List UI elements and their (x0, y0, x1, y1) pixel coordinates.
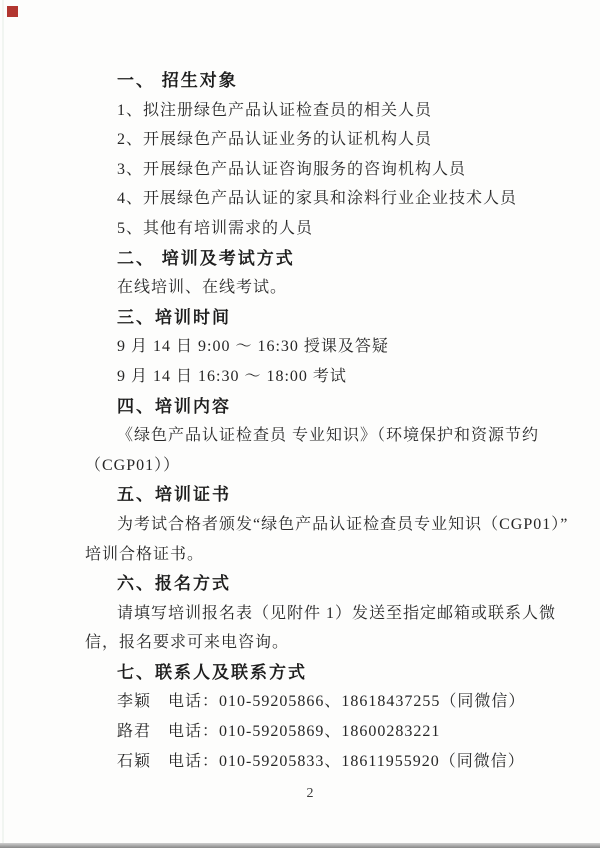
page-number: 2 (0, 786, 600, 802)
paragraph-line: 《绿色产品认证检查员 专业知识》（环境保护和资源节约 (85, 421, 560, 451)
paragraph-line: 9 月 14 日 16:30 ～ 18:00 考试 (85, 362, 560, 392)
list-item: 3、开展绿色产品认证咨询服务的咨询机构人员 (85, 155, 560, 185)
scan-edge-bottom (0, 843, 600, 848)
list-item: 4、开展绿色产品认证的家具和涂料行业企业技术人员 (85, 184, 560, 214)
list-item: 1、拟注册绿色产品认证检查员的相关人员 (85, 96, 560, 126)
red-corner-mark (7, 6, 18, 17)
section-heading: 二、 培训及考试方式 (85, 244, 560, 274)
paragraph-line: 请填写培训报名表（见附件 1）发送至指定邮箱或联系人微 (85, 599, 560, 629)
contact-line: 石颖 电话：010-59205833、18611955920（同微信） (85, 747, 560, 777)
paragraph-line: 在线培训、在线考试。 (85, 273, 560, 303)
paragraph-line: 9 月 14 日 9:00 ～ 16:30 授课及答疑 (85, 332, 560, 362)
document-body: 一、 招生对象 1、拟注册绿色产品认证检查员的相关人员 2、开展绿色产品认证业务… (85, 66, 560, 776)
contact-line: 李颖 电话：010-59205866、18618437255（同微信） (85, 687, 560, 717)
list-item: 5、其他有培训需求的人员 (85, 214, 560, 244)
section-heading: 七、联系人及联系方式 (85, 658, 560, 688)
section-heading: 一、 招生对象 (85, 66, 560, 96)
paragraph-line: （CGP01）） (85, 451, 560, 481)
contact-line: 路君 电话：010-59205869、18600283221 (85, 717, 560, 747)
scanned-document-page: 一、 招生对象 1、拟注册绿色产品认证检查员的相关人员 2、开展绿色产品认证业务… (0, 0, 600, 848)
paragraph-line: 培训合格证书。 (85, 540, 560, 570)
scan-edge-left (2, 0, 4, 848)
section-heading: 六、报名方式 (85, 569, 560, 599)
list-item: 2、开展绿色产品认证业务的认证机构人员 (85, 125, 560, 155)
paragraph-line: 为考试合格者颁发“绿色产品认证检查员专业知识（CGP01）” (85, 510, 560, 540)
section-heading: 三、培训时间 (85, 303, 560, 333)
paragraph-line: 信，报名要求可来电咨询。 (85, 628, 560, 658)
section-heading: 五、培训证书 (85, 480, 560, 510)
section-heading: 四、培训内容 (85, 392, 560, 422)
